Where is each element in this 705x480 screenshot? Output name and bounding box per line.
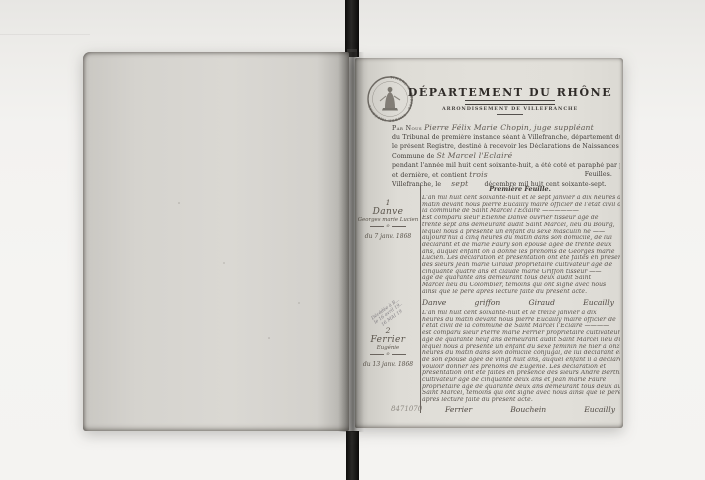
act-line: ainsi que le père après lecture faite du… (422, 289, 620, 296)
act-line: vouloir donner les prénoms de Eugénie. L… (422, 364, 620, 371)
act-line: Lucien. Les déclaration et présentation … (422, 255, 620, 262)
act-line: trente sept ans demeurant audit Saint Ma… (422, 222, 620, 229)
entry-2-signatures: Ferrier Bouchein Eucailly (445, 405, 615, 414)
background-crease (0, 34, 90, 35)
entry-1-surname: Danve (357, 207, 419, 217)
book-strap-top (345, 0, 359, 57)
preamble-line-2: du Tribunal de première instance séant à… (392, 134, 620, 143)
entry-1-act-text: L'an mil huit cent soixante-huit et le s… (422, 195, 620, 296)
entry-1-margin-note: 1 Danve Georges marie Lucien o du 7 janv… (357, 198, 419, 240)
preamble-line-5: pendant l'année mil huit cent soixante-h… (392, 162, 620, 171)
signature: Ferrier (445, 405, 472, 414)
sheet-count-handwritten: trois (469, 171, 488, 179)
entry-1-separator: o (357, 223, 419, 229)
paper-speck (268, 337, 270, 339)
signature: Giraud (529, 298, 555, 307)
act-line: après lecture faite du présent acte. (422, 397, 620, 404)
act-line: âgé de quarante neuf ans demeurant audit… (422, 337, 620, 344)
arrondissement-subtitle: ARRONDISSEMENT DE VILLEFRANCHE (397, 106, 623, 112)
act-line: est comparu sieur Pierre marie Ferrier p… (422, 330, 620, 337)
act-line: cultivateur âgé de cinquante deux ans et… (422, 377, 620, 384)
left-page-blank (83, 52, 349, 431)
book-gutter-shadow (338, 52, 364, 432)
paper-speck (298, 302, 300, 304)
signature: Danve (422, 298, 446, 307)
premiere-feuille-label: Première Feuille. (422, 185, 618, 193)
archival-number-scribble: 8471070 (391, 405, 422, 413)
feuilles-label: Feuilles. (585, 171, 620, 181)
preamble-line-6: et dernière, et contient trois Feuilles. (392, 171, 620, 181)
par-nous-label: Par Nous (392, 125, 422, 132)
entry-1-number: 1 (357, 198, 419, 207)
act-line: heures du matin dans son domicile conjug… (422, 350, 620, 357)
act-line: la commune de Saint Marcel l'Éclairé ———… (422, 208, 620, 215)
act-line: Saint Marcel, témoins qui ont signé avec… (422, 390, 620, 397)
printed-preamble: Par Nous Pierre Félix Marie Chopin, juge… (392, 124, 620, 190)
signature: Eucailly (584, 405, 615, 414)
paper-speck (178, 202, 180, 204)
signature: Bouchein (510, 405, 546, 414)
book-strap-bottom (346, 431, 359, 480)
preamble-line-1: Par Nous Pierre Félix Marie Chopin, juge… (392, 124, 620, 134)
act-line: âgé de quarante ans demeurant tous deux … (422, 275, 620, 282)
preamble-line-4: Commune de St Marcel l'Éclairé (392, 152, 620, 162)
contient-label: et dernière, et contient trois (392, 171, 488, 181)
act-line: de son épouse âgée de vingt huit ans, au… (422, 357, 620, 364)
act-line: L'an mil huit cent soixante-huit et le t… (422, 310, 620, 317)
act-line: aujourd'hui à cinq heures du matin dans … (422, 235, 620, 242)
act-line: des sieurs Jean marie Giraud propriétair… (422, 262, 620, 269)
act-line: Est comparu sieur Étienne Danve ouvrier … (422, 215, 620, 222)
act-line: présentation ont été faites en présence … (422, 370, 620, 377)
act-line: L'an mil huit cent soixante-huit et le s… (422, 195, 620, 202)
signature: griffon (475, 298, 501, 307)
act-line: propriétaire âgé de quarante deux ans de… (422, 384, 620, 391)
act-line: matin devant nous pierre Eucailly maire … (422, 202, 620, 209)
act-line: lequel nous a présenté un enfant du sexe… (422, 229, 620, 236)
act-line: heures du matin devant nous pierre Eucai… (422, 317, 620, 324)
entry-2-date: du 13 janv. 1868 (357, 361, 419, 368)
right-page-register: TIMBRE IMPÉRIAL · TIMBRE IMPÉRIAL · DÉPA… (355, 58, 623, 428)
timbre-imperial-seal: TIMBRE IMPÉRIAL · TIMBRE IMPÉRIAL · (365, 74, 415, 124)
signature: Eucailly (583, 298, 614, 307)
entry-2-act-text: L'an mil huit cent soixante-huit et le t… (422, 310, 620, 404)
act-line: déclarant et de marie Faury son épouse â… (422, 242, 620, 249)
magistrate-name-handwritten: Pierre Félix Marie Chopin, juge suppléan… (424, 124, 594, 132)
paper-speck (223, 262, 225, 264)
entry-2-separator: o (357, 351, 419, 357)
act-line: l'état civil de la commune de Saint Marc… (422, 323, 620, 330)
act-line: ans, auquel enfant on a donné les prénom… (422, 249, 620, 256)
subtitle-rule (497, 114, 523, 115)
open-register-book: TIMBRE IMPÉRIAL · TIMBRE IMPÉRIAL · DÉPA… (83, 52, 623, 432)
commune-label: Commune de (392, 153, 434, 160)
entry-1-signatures: Danve griffon Giraud Eucailly (422, 298, 614, 307)
title-rule (465, 100, 555, 105)
scan-background: TIMBRE IMPÉRIAL · TIMBRE IMPÉRIAL · DÉPA… (0, 0, 705, 480)
act-line: lequel nous a présenté un enfant du sexe… (422, 344, 620, 351)
act-line: Marcel lieu du Colombier, témoins qui on… (422, 282, 620, 289)
department-title: DÉPARTEMENT DU RHÔNE (397, 86, 623, 99)
preamble-line-3: le présent Registre, destiné à recevoir … (392, 143, 620, 152)
commune-name-handwritten: St Marcel l'Éclairé (437, 152, 513, 160)
act-line: cinquante quatre ans et claude marie Gri… (422, 269, 620, 276)
entry-1-date: du 7 janv. 1868 (357, 233, 419, 240)
